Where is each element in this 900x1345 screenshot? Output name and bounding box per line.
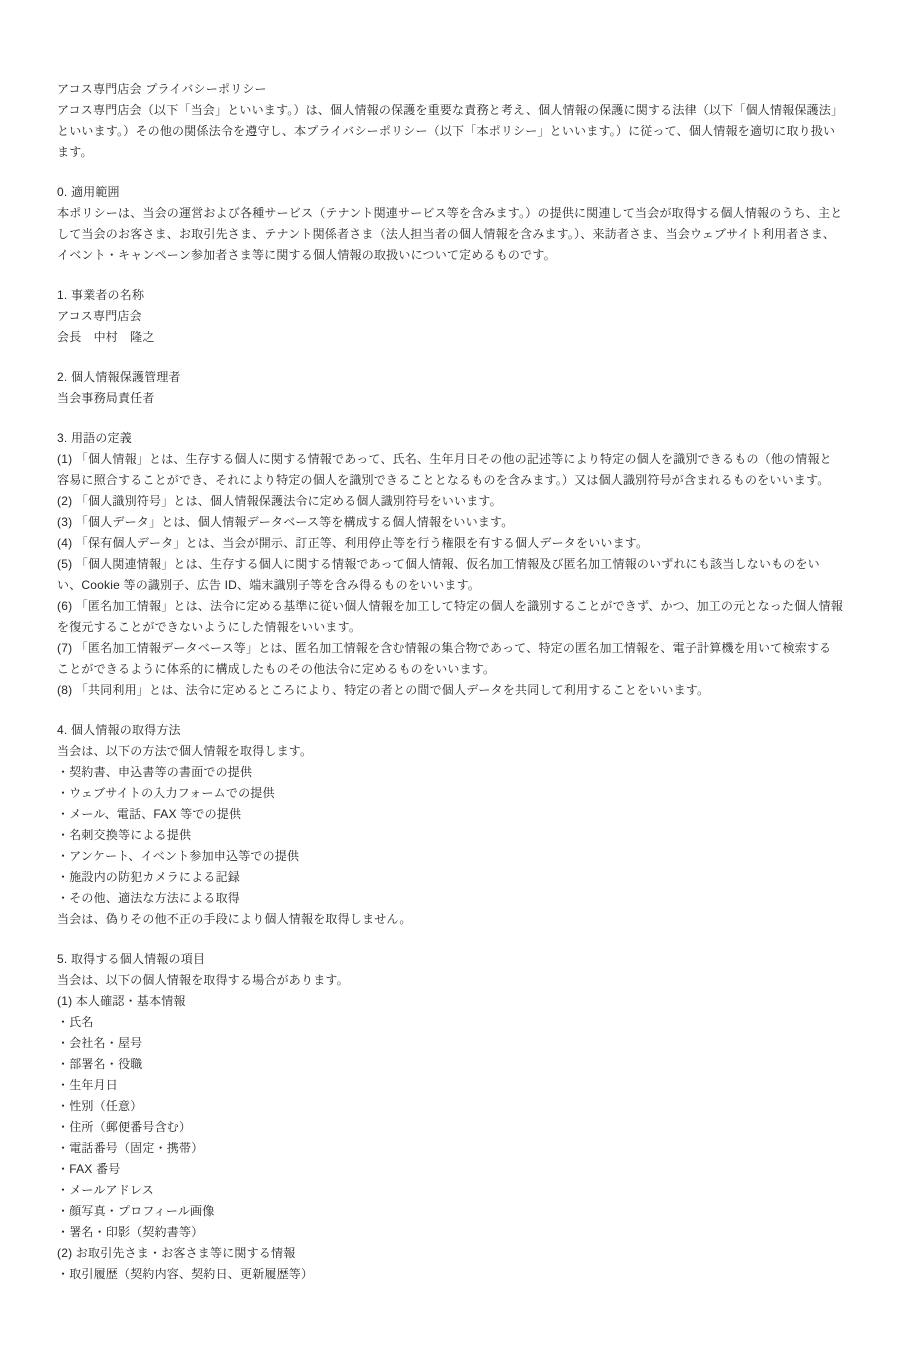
body-line: (5) 「個人関連情報」とは、生存する個人に関する情報であって個人情報、仮名加工… bbox=[57, 554, 843, 596]
body-line: (6) 「匿名加工情報」とは、法令に定める基準に従い個人情報を加工して特定の個人… bbox=[57, 596, 843, 638]
body-line: 当会は、以下の個人情報を取得する場合があります。 bbox=[57, 970, 843, 991]
bullet-line: ・部署名・役職 bbox=[57, 1054, 843, 1075]
bullet-line: ・会社名・屋号 bbox=[57, 1033, 843, 1054]
bullet-line: ・署名・印影（契約書等） bbox=[57, 1222, 843, 1243]
bullet-line: ・アンケート、イベント参加申込等での提供 bbox=[57, 846, 843, 867]
policy-section: 2. 個人情報保護管理者当会事務局責任者 bbox=[57, 367, 843, 409]
body-line: (7) 「匿名加工情報データベース等」とは、匿名加工情報を含む情報の集合物であっ… bbox=[57, 638, 843, 680]
body-line: (4) 「保有個人データ」とは、当会が開示、訂正等、利用停止等を行う権限を有する… bbox=[57, 533, 843, 554]
body-line: 本ポリシーは、当会の運営および各種サービス（テナント関連サービス等を含みます。）… bbox=[57, 203, 843, 266]
body-line: 当会事務局責任者 bbox=[57, 388, 843, 409]
bullet-line: ・氏名 bbox=[57, 1012, 843, 1033]
bullet-line: ・メールアドレス bbox=[57, 1180, 843, 1201]
section-heading: 1. 事業者の名称 bbox=[57, 285, 843, 306]
body-line: 会長 中村 隆之 bbox=[57, 327, 843, 348]
bullet-line: ・顔写真・プロフィール画像 bbox=[57, 1201, 843, 1222]
body-line: (2) 「個人識別符号」とは、個人情報保護法令に定める個人識別符号をいいます。 bbox=[57, 491, 843, 512]
section-heading: 0. 適用範囲 bbox=[57, 182, 843, 203]
bullet-line: ・名刺交換等による提供 bbox=[57, 825, 843, 846]
bullet-line: ・生年月日 bbox=[57, 1075, 843, 1096]
bullet-line: ・性別（任意） bbox=[57, 1096, 843, 1117]
bullet-line: ・電話番号（固定・携帯） bbox=[57, 1138, 843, 1159]
policy-section: 5. 取得する個人情報の項目当会は、以下の個人情報を取得する場合があります。(1… bbox=[57, 949, 843, 1285]
policy-section: 0. 適用範囲本ポリシーは、当会の運営および各種サービス（テナント関連サービス等… bbox=[57, 182, 843, 266]
bullet-line: ・施設内の防犯カメラによる記録 bbox=[57, 867, 843, 888]
bullet-line: ・その他、適法な方法による取得 bbox=[57, 888, 843, 909]
bullet-line: ・取引履歴（契約内容、契約日、更新履歴等） bbox=[57, 1264, 843, 1285]
intro-paragraph: アコス専門店会（以下「当会」といいます。）は、個人情報の保護を重要な責務と考え、… bbox=[57, 100, 843, 163]
body-line: (3) 「個人データ」とは、個人情報データベース等を構成する個人情報をいいます。 bbox=[57, 512, 843, 533]
body-line: 当会は、以下の方法で個人情報を取得します。 bbox=[57, 741, 843, 762]
document-title: アコス専門店会 プライバシーポリシー bbox=[57, 79, 843, 100]
body-line: アコス専門店会 bbox=[57, 306, 843, 327]
body-line: (8) 「共同利用」とは、法令に定めるところにより、特定の者との間で個人データを… bbox=[57, 680, 843, 701]
policy-section: 4. 個人情報の取得方法当会は、以下の方法で個人情報を取得します。・契約書、申込… bbox=[57, 720, 843, 930]
policy-section: 3. 用語の定義(1) 「個人情報」とは、生存する個人に関する情報であって、氏名… bbox=[57, 428, 843, 701]
body-line: (1) 「個人情報」とは、生存する個人に関する情報であって、氏名、生年月日その他… bbox=[57, 449, 843, 491]
body-line: (2) お取引先さま・お客さま等に関する情報 bbox=[57, 1243, 843, 1264]
body-line: (1) 本人確認・基本情報 bbox=[57, 991, 843, 1012]
bullet-line: ・メール、電話、FAX 等での提供 bbox=[57, 804, 843, 825]
privacy-policy-document: アコス専門店会 プライバシーポリシー アコス専門店会（以下「当会」といいます。）… bbox=[0, 0, 900, 1345]
bullet-line: ・FAX 番号 bbox=[57, 1159, 843, 1180]
section-heading: 4. 個人情報の取得方法 bbox=[57, 720, 843, 741]
body-line: 当会は、偽りその他不正の手段により個人情報を取得しません。 bbox=[57, 909, 843, 930]
bullet-line: ・住所（郵便番号含む） bbox=[57, 1117, 843, 1138]
section-heading: 2. 個人情報保護管理者 bbox=[57, 367, 843, 388]
section-heading: 5. 取得する個人情報の項目 bbox=[57, 949, 843, 970]
bullet-line: ・契約書、申込書等の書面での提供 bbox=[57, 762, 843, 783]
section-heading: 3. 用語の定義 bbox=[57, 428, 843, 449]
policy-section: 1. 事業者の名称アコス専門店会会長 中村 隆之 bbox=[57, 285, 843, 348]
bullet-line: ・ウェブサイトの入力フォームでの提供 bbox=[57, 783, 843, 804]
